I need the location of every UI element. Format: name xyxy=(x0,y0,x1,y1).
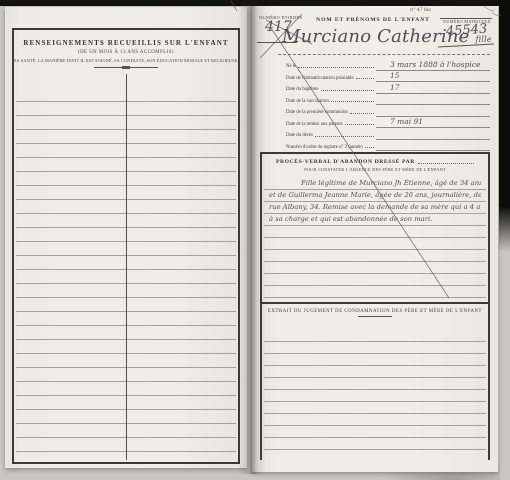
jugement-section: EXTRAIT DU JUGEMENT DE CONDAMNATION DES … xyxy=(260,300,490,460)
proces-verbal-box: PROCÈS-VERBAL D'ABANDON DRESSÉ PAR POUR … xyxy=(260,152,490,304)
dotted-leader xyxy=(418,163,474,164)
field-label: Date de la première communion xyxy=(286,110,348,117)
field-value: 3 mars 1888 à l'hospice xyxy=(376,60,490,71)
field-value: 15 xyxy=(376,71,490,82)
field-row-communion: Date de la première communion xyxy=(286,105,490,117)
scanned-register-spread: RENSEIGNEMENTS RECUEILLIS SUR L'ENFANT (… xyxy=(0,0,510,480)
decorative-rule xyxy=(94,67,158,68)
dotted-leader xyxy=(315,136,374,137)
corner-note: n° 47 bis xyxy=(410,8,431,13)
proces-verbal-title-row: PROCÈS-VERBAL D'ABANDON DRESSÉ PAR xyxy=(262,159,488,165)
field-value: 7 mai 91 xyxy=(376,117,490,128)
field-row-ne-le: Né le 3 mars 1888 à l'hospice xyxy=(286,59,490,71)
dotted-leader xyxy=(321,90,375,91)
dotted-leader xyxy=(331,101,374,102)
field-label: Né le xyxy=(286,64,296,71)
child-name-label: NOM ET PRÉNOMS DE L'ENFANT xyxy=(298,17,448,23)
scan-right-border xyxy=(499,0,510,252)
child-name-text: Murciano Catherine xyxy=(282,26,470,47)
field-label: Date du décès xyxy=(286,133,313,140)
ruled-lines-area xyxy=(16,88,236,456)
dotted-leader xyxy=(356,78,374,79)
center-divider-line xyxy=(126,74,127,460)
field-value: 17 xyxy=(376,83,490,94)
dotted-leader xyxy=(350,113,374,114)
field-value xyxy=(376,139,490,140)
matricule-value: 45543 xyxy=(446,22,488,40)
handwriting-line: et de Guillerma Jeanne Marie, âgée de 26… xyxy=(269,189,481,201)
dotted-leader xyxy=(365,147,374,148)
left-page-subtitle: (DE UN MOIS À 13 ANS ACCOMPLIS) xyxy=(14,50,238,55)
field-label: Numéro d'ordre du registre n° 2 (année) xyxy=(286,145,363,152)
handwriting-line: rue Albany, 34. Remise avec la demande d… xyxy=(269,201,481,213)
left-page-note: SA SANTÉ, LA MANIÈRE DONT IL EST SOIGNÉ,… xyxy=(14,58,238,63)
field-row-vaccination: Date de la vaccination xyxy=(286,94,490,106)
ruled-lines-area xyxy=(264,330,486,450)
field-label: Date de la vaccination xyxy=(286,99,329,106)
field-row-registre-2: Numéro d'ordre du registre n° 2 (année) xyxy=(286,140,490,152)
field-row-deces: Date du décès xyxy=(286,128,490,140)
proces-verbal-handwriting: Fille légitime de Murciano Jh Étienne, â… xyxy=(269,177,481,225)
dotted-leader xyxy=(345,124,374,125)
field-row-immatriculation: Date de l'immatriculation préalable 15 xyxy=(286,71,490,83)
right-page: NUMÉRO D'ORDRE 417 n° 47 bis NOM ET PRÉN… xyxy=(252,6,498,472)
field-label: Date de la remise aux parents xyxy=(286,122,343,129)
handwriting-line: à sa charge et qui est abandonnée de son… xyxy=(269,213,481,225)
left-page: RENSEIGNEMENTS RECUEILLIS SUR L'ENFANT (… xyxy=(5,7,247,468)
decorative-rule xyxy=(358,316,392,317)
form-fields: Né le 3 mars 1888 à l'hospice Date de l'… xyxy=(286,59,490,151)
field-row-remise-parents: Date de la remise aux parents 7 mai 91 xyxy=(286,117,490,129)
extrait-jugement-title: EXTRAIT DU JUGEMENT DE CONDAMNATION DES … xyxy=(262,309,488,314)
dotted-leader xyxy=(298,67,374,68)
left-page-title: RENSEIGNEMENTS RECUEILLIS SUR L'ENFANT xyxy=(14,39,238,47)
field-value xyxy=(376,104,490,105)
field-row-bapteme: Date du baptême 17 xyxy=(286,82,490,94)
field-value xyxy=(376,150,490,151)
child-name-value: Murciano Catherine fille xyxy=(282,26,472,47)
handwriting-line: Fille légitime de Murciano Jh Étienne, â… xyxy=(269,177,481,189)
renseignements-box: RENSEIGNEMENTS RECUEILLIS SUR L'ENFANT (… xyxy=(12,28,240,464)
proces-verbal-subtitle: POUR CONSTATER L'ABSENCE DES PÈRE ET MÈR… xyxy=(262,167,488,172)
proces-verbal-title: PROCÈS-VERBAL D'ABANDON DRESSÉ PAR xyxy=(276,159,415,165)
field-label: Date de l'immatriculation préalable xyxy=(286,76,354,83)
child-name-underline xyxy=(278,54,490,55)
field-label: Date du baptême xyxy=(286,87,319,94)
